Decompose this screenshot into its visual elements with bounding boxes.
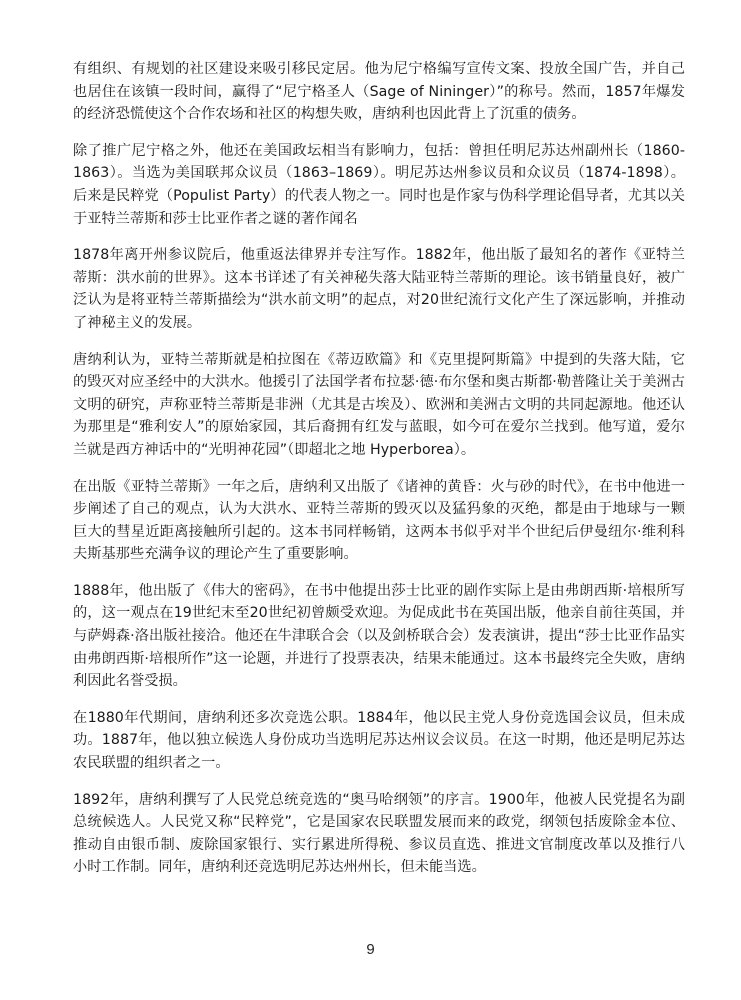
page-number: 9 [0,941,741,958]
paragraph-populist-party: 1892年，唐纳利撰写了人民党总统竞选的“奥马哈纲领”的序言。1900年，他被人… [73,789,685,879]
paragraph-1880s-elections: 在1880年代期间，唐纳利还多次竞选公职。1884年，他以民主党人身份竞选国会议… [73,707,685,775]
document-body: 有组织、有规划的社区建设来吸引移民定居。他为尼宁格编写宣传文案、投放全国广告，并… [73,58,685,893]
paragraph-nininger-promotion: 有组织、有规划的社区建设来吸引移民定居。他为尼宁格编写宣传文案、投放全国广告，并… [73,58,685,126]
paragraph-atlantis-theory: 唐纳利认为，亚特兰蒂斯就是柏拉图在《蒂迈欧篇》和《克里提阿斯篇》中提到的失落大陆… [73,349,685,462]
paragraph-political-career: 除了推广尼宁格之外，他还在美国政坛相当有影响力，包括：曾担任明尼苏达州副州长（1… [73,140,685,230]
paragraph-atlantis-book: 1878年离开州参议院后，他重返法律界并专注写作。1882年，他出版了最知名的著… [73,244,685,334]
paragraph-ragnarok-book: 在出版《亚特兰蒂斯》一年之后，唐纳利又出版了《诸神的黄昏：火与砂的时代》，在书中… [73,476,685,566]
paragraph-great-cryptogram: 1888年，他出版了《伟大的密码》，在书中他提出莎士比亚的剧作实际上是由弗朗西斯… [73,580,685,693]
